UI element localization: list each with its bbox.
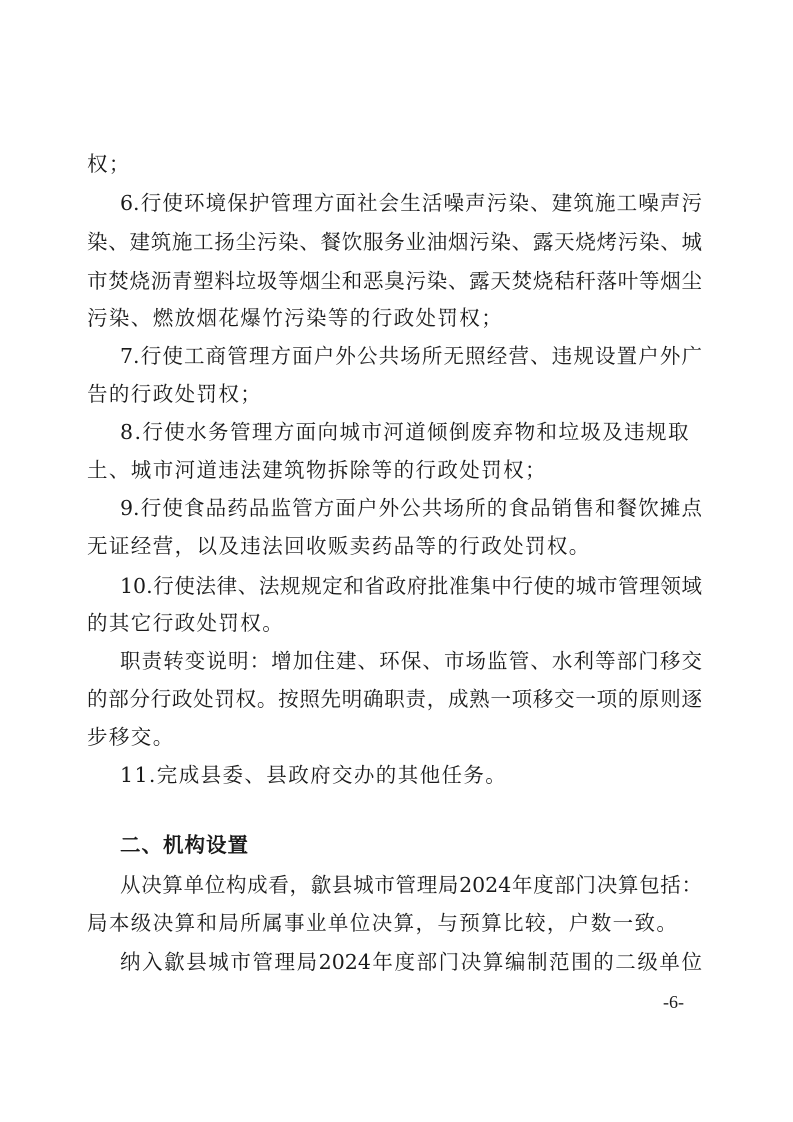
- text-line: 纳入歙县城市管理局2024年度部门决算编制范围的二级单位: [120, 950, 702, 974]
- text-line: 的其它行政处罚权。: [87, 611, 702, 635]
- text-line: 的部分行政处罚权。按照先明确职责，成熟一项移交一项的原则逐: [87, 687, 702, 711]
- text-line: 市焚烧沥青塑料垃圾等烟尘和恶臭污染、露天焚烧秸秆落叶等烟尘: [87, 269, 702, 293]
- text-line: 局本级决算和局所属事业单位决算，与预算比较，户数一致。: [87, 911, 702, 935]
- text-line: 无证经营，以及违法回收贩卖药品等的行政处罚权。: [87, 534, 702, 558]
- text-line: 11.完成县委、县政府交办的其他任务。: [120, 763, 702, 787]
- text-line: 步移交。: [87, 725, 702, 749]
- text-line: 6.行使环境保护管理方面社会生活噪声污染、建筑施工噪声污: [120, 191, 702, 215]
- text-line: 8.行使水务管理方面向城市河道倾倒废弃物和垃圾及违规取: [120, 420, 702, 444]
- text-line: 污染、燃放烟花爆竹污染等的行政处罚权；: [87, 306, 702, 330]
- text-line: 从决算单位构成看，歙县城市管理局2024年度部门决算包括：: [120, 873, 702, 897]
- text-line: 染、建筑施工扬尘污染、餐饮服务业油烟污染、露天烧烤污染、城: [87, 230, 702, 254]
- text-line: 10.行使法律、法规规定和省政府批准集中行使的城市管理领域: [120, 574, 702, 598]
- text-line: 9.行使食品药品监管方面户外公共场所的食品销售和餐饮摊点: [120, 496, 702, 520]
- text-line: 7.行使工商管理方面户外公共场所无照经营、违规设置户外广: [120, 344, 702, 368]
- text-line: 告的行政处罚权；: [87, 382, 702, 406]
- text-line: 权；: [87, 152, 702, 176]
- section-heading: 二、机构设置: [120, 833, 702, 857]
- text-line: 职责转变说明：增加住建、环保、市场监管、水利等部门移交: [120, 649, 702, 673]
- text-line: 土、城市河道违法建筑物拆除等的行政处罚权；: [87, 458, 702, 482]
- document-page: 权；6.行使环境保护管理方面社会生活噪声污染、建筑施工噪声污染、建筑施工扬尘污染…: [0, 0, 793, 1122]
- page-number: -6-: [663, 992, 684, 1013]
